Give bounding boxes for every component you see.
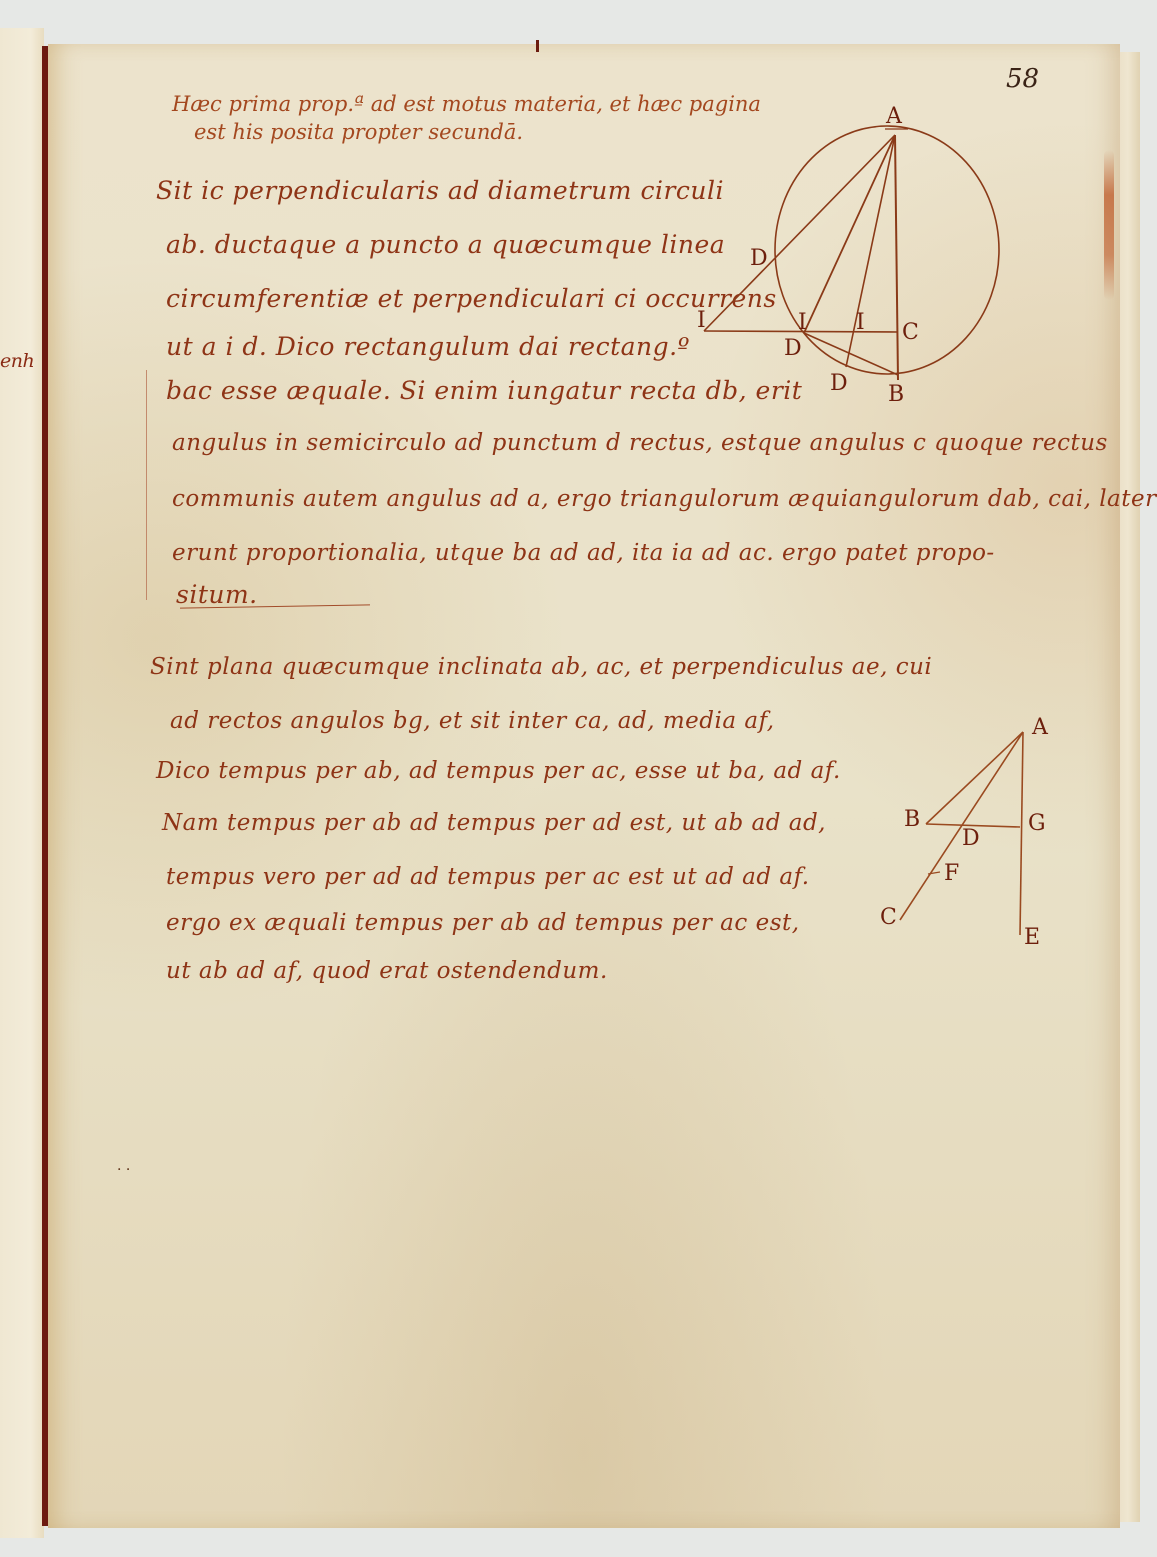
prop2-line-4: Nam tempus per ab ad tempus per ad est, …: [162, 810, 826, 836]
label-A: A: [1031, 715, 1049, 740]
margin-bracket: [146, 370, 147, 600]
prop2-line-1: Sint plana quæcumque inclinata ab, ac, e…: [150, 654, 932, 680]
prop2-line-5: tempus vero per ad ad tempus per ac est …: [166, 864, 810, 890]
ink-dots: · ·: [117, 1162, 130, 1178]
prop1-line-2: ab. ductaque a puncto a quæcumque linea: [166, 230, 725, 259]
folio-number: 58: [1006, 64, 1039, 94]
label-G: G: [1028, 811, 1046, 836]
label-D-middle: D: [784, 336, 802, 361]
label-I-right: I: [856, 310, 865, 335]
label-C: C: [902, 320, 919, 345]
prop1-line-4: ut a i d. Dico rectangulum dai rectang.º: [166, 332, 690, 361]
prop2-line-6: ergo ex æquali tempus per ab ad tempus p…: [166, 910, 800, 936]
label-B: B: [888, 382, 904, 407]
marginal-note-line-2: est his posita propter secundā.: [194, 120, 523, 144]
circle-outline: [775, 126, 999, 374]
prop2-line-7: ut ab ad af, quod erat ostendendum.: [166, 958, 608, 984]
label-B: B: [904, 807, 920, 832]
top-ink-mark: [536, 40, 539, 52]
prop1-line-6: angulus in semicirculo ad punctum d rect…: [172, 430, 1108, 456]
facing-page-edge: enh: [0, 28, 44, 1538]
prop2-line-3: Dico tempus per ab, ad tempus per ac, es…: [156, 758, 841, 784]
circle-diagram: A B C D D D I I I: [680, 95, 1020, 415]
inclined-planes-diagram: A B C D E F G: [860, 690, 1080, 960]
label-A: A: [885, 104, 903, 129]
prop1-line-9: situm.: [176, 580, 258, 609]
prop2-line-2: ad rectos angulos bg, et sit inter ca, a…: [170, 708, 775, 734]
prop1-line-7: communis autem angulus ad a, ergo triang…: [172, 486, 1157, 512]
facing-page-text-fragment: enh: [0, 350, 34, 372]
label-E: E: [1024, 925, 1040, 950]
rust-stain: [1104, 150, 1114, 300]
label-D: D: [962, 826, 980, 851]
label-C: C: [880, 905, 897, 930]
prop1-line-1: Sit ic perpendicularis ad diametrum circ…: [156, 176, 724, 205]
label-I-middle: I: [798, 310, 807, 335]
label-D-lower: D: [830, 371, 848, 396]
prop1-line-8: erunt proportionalia, utque ba ad ad, it…: [172, 540, 995, 566]
label-F: F: [944, 861, 959, 886]
label-I-left: I: [697, 308, 706, 333]
marginal-note-line-1: Hæc prima prop.ª ad est motus materia, e…: [172, 92, 761, 116]
label-D-upper: D: [750, 246, 768, 271]
